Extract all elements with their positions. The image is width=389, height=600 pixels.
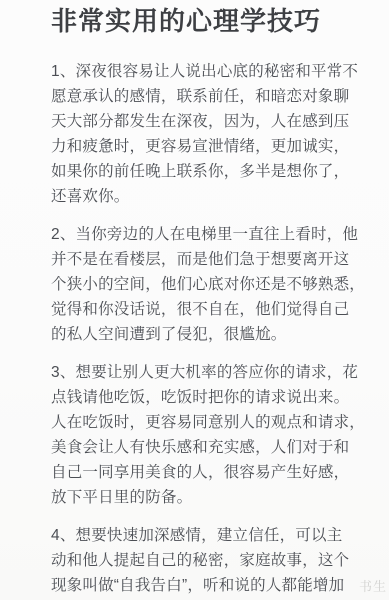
text-line: 4、想要快速加深感情，建立信任，可以主	[51, 523, 356, 548]
text-line: 的私人空间遭到了侵犯，很尴尬。	[51, 322, 356, 347]
text-line: 动和他人提起自己的秘密，家庭故事，这个	[51, 548, 356, 573]
paragraph-4: 4、想要快速加深感情，建立信任，可以主 动和他人提起自己的秘密，家庭故事，这个 …	[51, 523, 356, 598]
text-line: 个狭小的空间，他们心底对你还是不够熟悉，	[51, 272, 356, 297]
text-line: 美食会让人有快乐感和充实感，人们对于和	[51, 435, 356, 460]
text-line: 2、当你旁边的人在电梯里一直往上看时，他	[51, 222, 356, 247]
text-line: 天大部分都发生在深夜，因为，人在感到压	[51, 109, 356, 134]
paragraph-1: 1、深夜很容易让人说出心底的秘密和平常不 愿意承认的感情，联系前任，和暗恋对象聊…	[51, 59, 356, 209]
article-page: 非常实用的心理学技巧 1、深夜很容易让人说出心底的秘密和平常不 愿意承认的感情，…	[0, 0, 389, 600]
text-line: 3、想要让别人更大机率的答应你的请求，花	[51, 360, 356, 385]
text-line: 1、深夜很容易让人说出心底的秘密和平常不	[51, 59, 356, 84]
text-line: 觉得和你没话说，很不自在，他们觉得自己	[51, 297, 356, 322]
text-line: 愿意承认的感情，联系前任，和暗恋对象聊	[51, 84, 356, 109]
text-line: 并不是在看楼层，而是他们急于想要离开这	[51, 247, 356, 272]
paragraph-3: 3、想要让别人更大机率的答应你的请求，花 点钱请他吃饭，吃饭时把你的请求说出来。…	[51, 360, 356, 510]
text-line: 如果你的前任晚上联系你，多半是想你了，	[51, 159, 356, 184]
text-line: 人在吃饭时，更容易同意别人的观点和请求，	[51, 410, 356, 435]
text-line: 还喜欢你。	[51, 184, 356, 209]
text-line: 力和疲惫时，更容易宣泄情绪，更加诚实，	[51, 134, 356, 159]
text-line: 放下平日里的防备。	[51, 485, 356, 510]
watermark: 书生	[359, 579, 387, 595]
paragraph-2: 2、当你旁边的人在电梯里一直往上看时，他 并不是在看楼层，而是他们急于想要离开这…	[51, 222, 356, 347]
text-line: 自己一同享用美食的人，很容易产生好感，	[51, 460, 356, 485]
text-line: 点钱请他吃饭，吃饭时把你的请求说出来。	[51, 385, 356, 410]
article-title: 非常实用的心理学技巧	[51, 4, 321, 38]
text-line: 现象叫做“自我告白”，听和说的人都能增加	[51, 573, 356, 598]
